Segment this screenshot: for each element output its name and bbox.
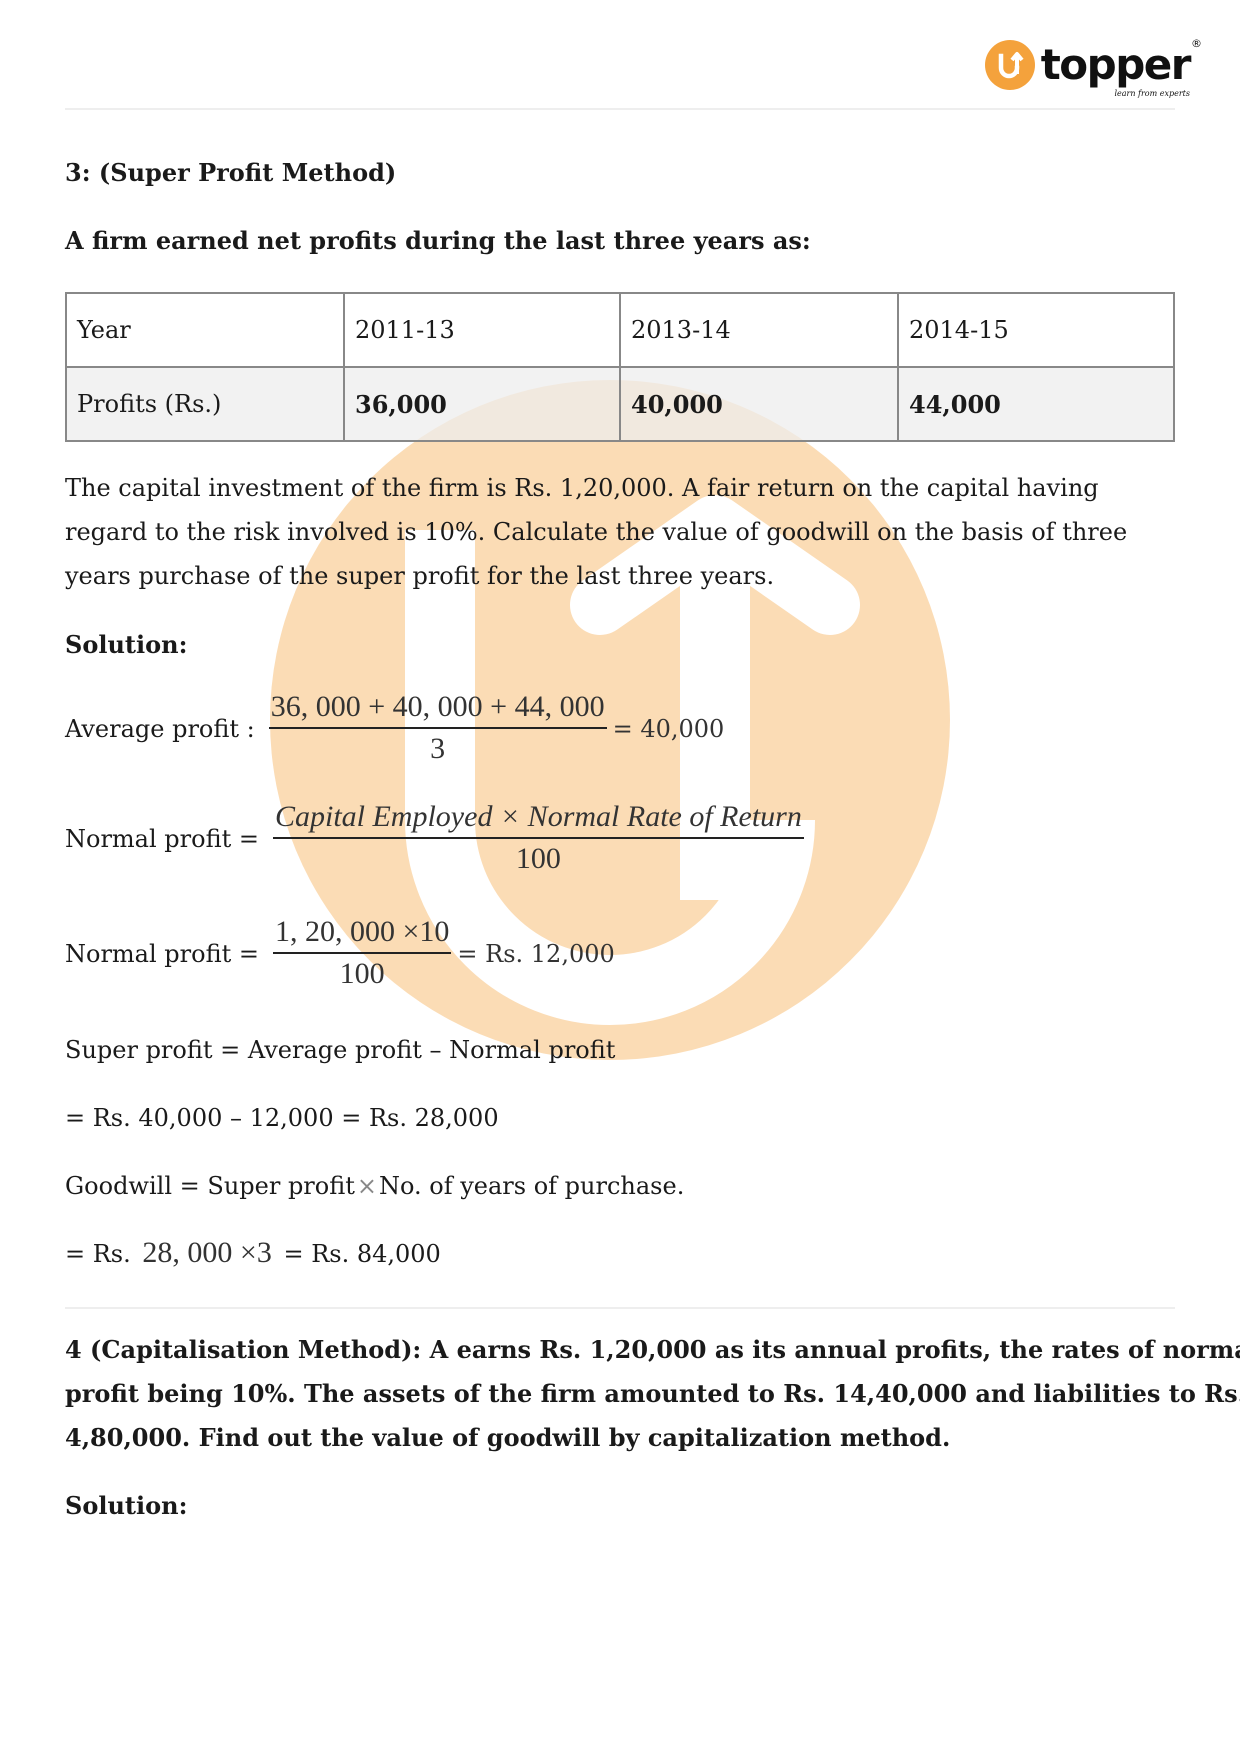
goodwill-calc-result: = Rs. 84,000: [283, 1240, 440, 1268]
normal-profit-calculation: Normal profit = 1, 20, 000 ×10 100 = Rs.…: [65, 915, 615, 993]
table-cell: 2014-15: [898, 293, 1174, 367]
table-cell: 40,000: [620, 367, 898, 441]
goodwill-formula: Goodwill = Super profit×No. of years of …: [65, 1172, 684, 1200]
fraction: 36, 000 + 40, 000 + 44, 000 3: [269, 690, 607, 768]
solution-label: Solution:: [65, 630, 187, 659]
question-3-problem: The capital investment of the firm is Rs…: [65, 466, 1175, 598]
brand-wordmark: topper: [1041, 40, 1190, 89]
section-divider: [65, 1307, 1175, 1309]
table-header-row: Year 2011-13 2013-14 2014-15: [66, 293, 1174, 367]
table-cell: Year: [66, 293, 344, 367]
table-cell: 44,000: [898, 367, 1174, 441]
average-profit-equation: Average profit : 36, 000 + 40, 000 + 44,…: [65, 690, 724, 768]
table-cell: 2011-13: [344, 293, 620, 367]
brand-tagline: learn from experts: [1114, 90, 1190, 98]
fraction-denominator: 3: [430, 729, 445, 768]
equation-label: Normal profit =: [65, 940, 259, 968]
question-4-line-3: 4,80,000. Find out the value of goodwill…: [65, 1423, 950, 1452]
fraction: Capital Employed × Normal Rate of Return…: [273, 800, 804, 878]
equation-result: = 40,000: [613, 715, 725, 743]
fraction-denominator: 100: [516, 839, 561, 878]
equation-label: Average profit :: [65, 715, 255, 743]
super-profit-calculation: = Rs. 40,000 – 12,000 = Rs. 28,000: [65, 1104, 499, 1132]
table-row: Profits (Rs.) 36,000 40,000 44,000: [66, 367, 1174, 441]
header-divider: [65, 108, 1175, 110]
question-3-heading: 3: (Super Profit Method): [65, 158, 396, 187]
fraction-numerator: Capital Employed × Normal Rate of Return: [273, 800, 804, 839]
u-arrow-up-icon: [985, 40, 1035, 90]
registered-mark: ®: [1191, 38, 1202, 49]
fraction: 1, 20, 000 ×10 100: [273, 915, 451, 993]
goodwill-calc-math: 28, 000 ×3: [142, 1236, 271, 1269]
goodwill-formula-left: Goodwill = Super profit: [65, 1172, 355, 1200]
fraction-numerator: 36, 000 + 40, 000 + 44, 000: [269, 690, 607, 729]
normal-profit-formula: Normal profit = Capital Employed × Norma…: [65, 800, 810, 878]
question-4-line-2: profit being 10%. The assets of the firm…: [65, 1379, 1240, 1408]
equation-result: = Rs. 12,000: [457, 940, 614, 968]
question-3-intro: A firm earned net profits during the las…: [65, 226, 811, 255]
table-cell: Profits (Rs.): [66, 367, 344, 441]
multiply-sign: ×: [357, 1172, 377, 1200]
question-4-line-1: 4 (Capitalisation Method): A earns Rs. 1…: [65, 1335, 1240, 1364]
profits-table: Year 2011-13 2013-14 2014-15 Profits (Rs…: [65, 292, 1175, 442]
equation-label: Normal profit =: [65, 825, 259, 853]
table-cell: 36,000: [344, 367, 620, 441]
super-profit-formula: Super profit = Average profit – Normal p…: [65, 1036, 615, 1064]
fraction-numerator: 1, 20, 000 ×10: [273, 915, 451, 954]
brand-name: topper ® learn from experts: [1041, 44, 1190, 86]
document-page: topper ® learn from experts 3: (Super Pr…: [0, 0, 1240, 1755]
goodwill-formula-right: No. of years of purchase.: [379, 1172, 684, 1200]
table-cell: 2013-14: [620, 293, 898, 367]
brand-logo: topper ® learn from experts: [985, 40, 1190, 90]
question-4-solution-label: Solution:: [65, 1491, 187, 1520]
fraction-denominator: 100: [340, 954, 385, 993]
goodwill-calculation: = Rs. 28, 000 ×3 = Rs. 84,000: [65, 1236, 441, 1270]
goodwill-calc-prefix: = Rs.: [65, 1240, 131, 1268]
